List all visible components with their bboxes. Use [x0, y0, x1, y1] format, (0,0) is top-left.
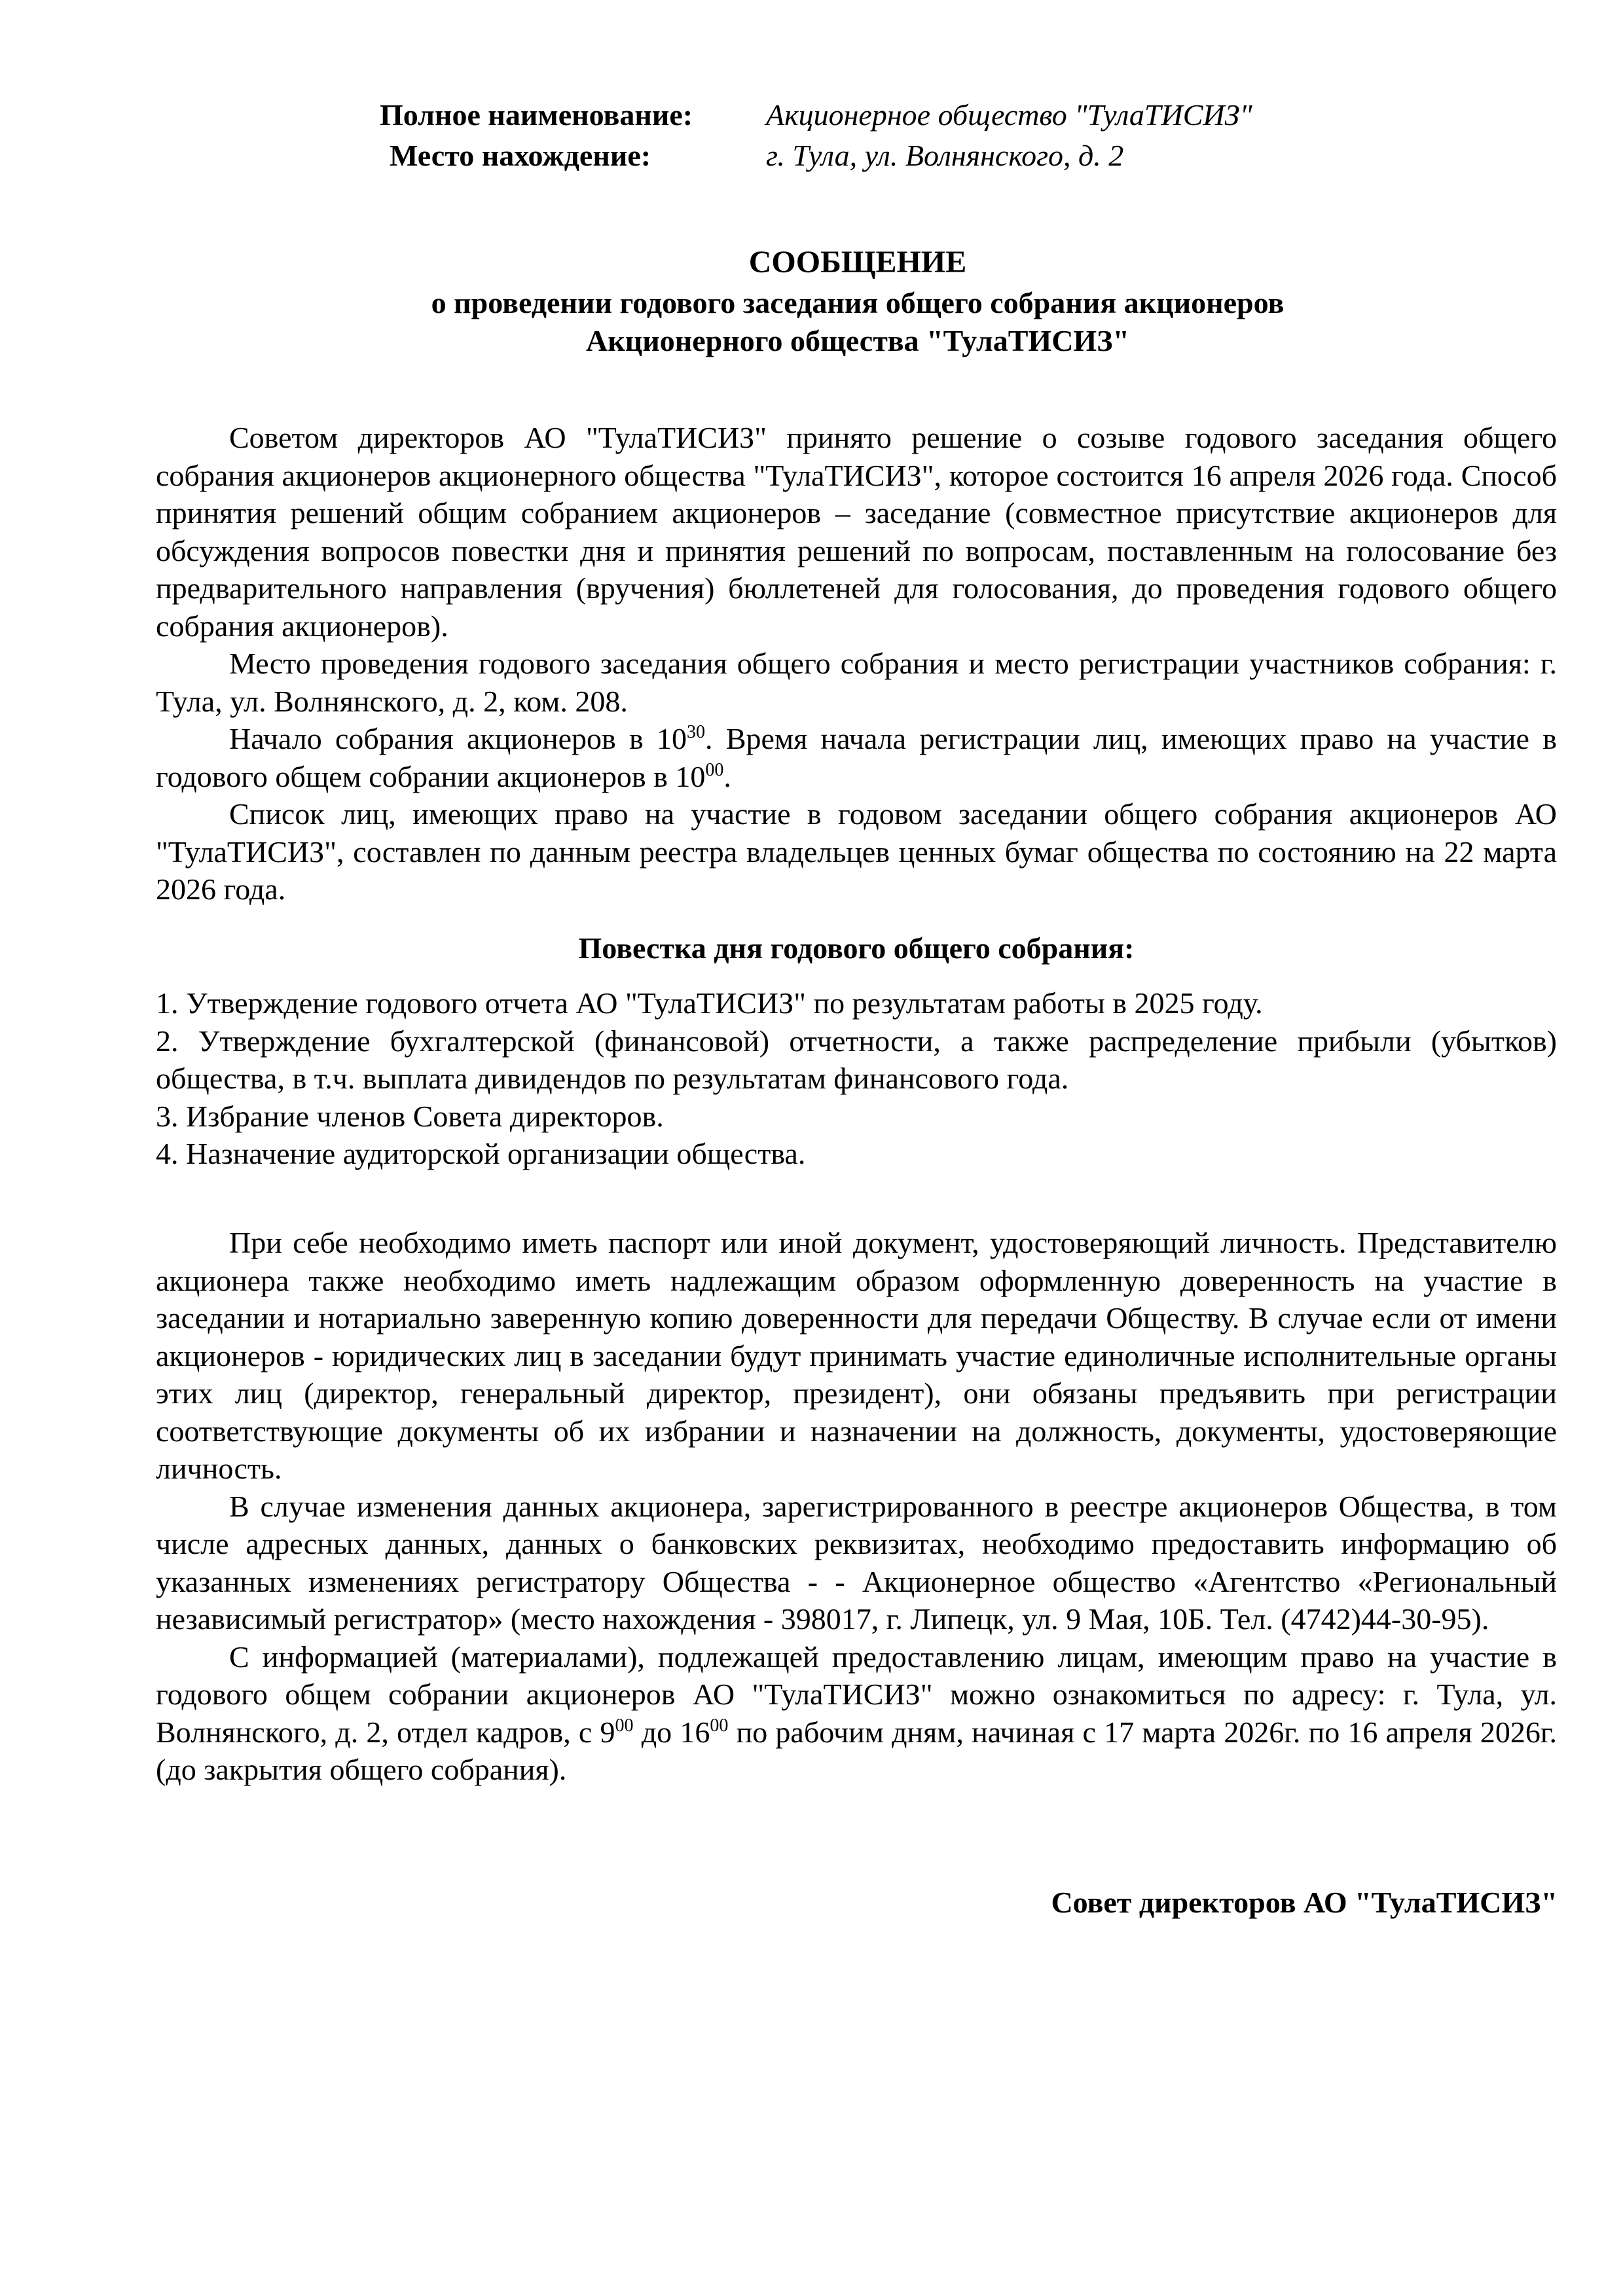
agenda-item: 4. Назначение аудиторской организации об… — [156, 1135, 1557, 1173]
hours-from-minutes: 00 — [615, 1715, 634, 1736]
title-company: Акционерного общества "ТулаТИСИЗ" — [157, 322, 1558, 360]
intro-paragraph-list: Список лиц, имеющих право на участие в г… — [156, 795, 1557, 908]
agenda-title: Повестка дня годового общего собрания: — [156, 929, 1557, 967]
agenda-list: 1. Утверждение годового отчета АО "ТулаТ… — [156, 984, 1557, 1173]
registration-start-minutes: 00 — [705, 760, 723, 780]
hours-to-minutes: 00 — [710, 1715, 728, 1736]
location-value: г. Тула, ул. Волнянского, д. 2 — [766, 135, 1123, 176]
location-label: Место нахождение: — [380, 135, 766, 176]
agenda-item: 3. Избрание членов Совета директоров. — [156, 1098, 1557, 1136]
agenda-item: 1. Утверждение годового отчета АО "ТулаТ… — [156, 984, 1557, 1022]
signature: Совет директоров АО "ТулаТИСИЗ" — [1051, 1884, 1558, 1922]
document-title: СООБЩЕНИЕ о проведении годового заседани… — [157, 241, 1558, 360]
document-page: Полное наименование: Акционерное обществ… — [0, 0, 1623, 2296]
intro-section: Советом директоров АО "ТулаТИСИЗ" принят… — [156, 419, 1557, 908]
full-name-value: Акционерное общество "ТулаТИСИЗ" — [766, 95, 1252, 135]
location-row: Место нахождение: г. Тула, ул. Волнянско… — [380, 135, 1362, 176]
company-header: Полное наименование: Акционерное обществ… — [380, 95, 1362, 176]
meeting-start-minutes: 30 — [687, 722, 705, 742]
intro-paragraph-venue: Место проведения годового заседания обще… — [156, 645, 1557, 720]
closing-paragraph-documents: При себе необходимо иметь паспорт или ин… — [156, 1224, 1557, 1488]
closing-paragraph-materials: С информацией (материалами), подлежащей … — [156, 1638, 1557, 1789]
title-subtitle: о проведении годового заседания общего с… — [157, 284, 1558, 322]
full-name-label: Полное наименование: — [380, 95, 766, 135]
full-name-row: Полное наименование: Акционерное обществ… — [380, 95, 1362, 135]
closing-section: При себе необходимо иметь паспорт или ин… — [156, 1224, 1557, 1789]
intro-paragraph-decision: Советом директоров АО "ТулаТИСИЗ" принят… — [156, 419, 1557, 645]
intro-paragraph-time: Начало собрания акционеров в 1030. Время… — [156, 720, 1557, 795]
closing-paragraph-registrar: В случае изменения данных акционера, зар… — [156, 1488, 1557, 1638]
title-main: СООБЩЕНИЕ — [157, 241, 1558, 284]
agenda-item: 2. Утверждение бухгалтерской (финансовой… — [156, 1022, 1557, 1098]
